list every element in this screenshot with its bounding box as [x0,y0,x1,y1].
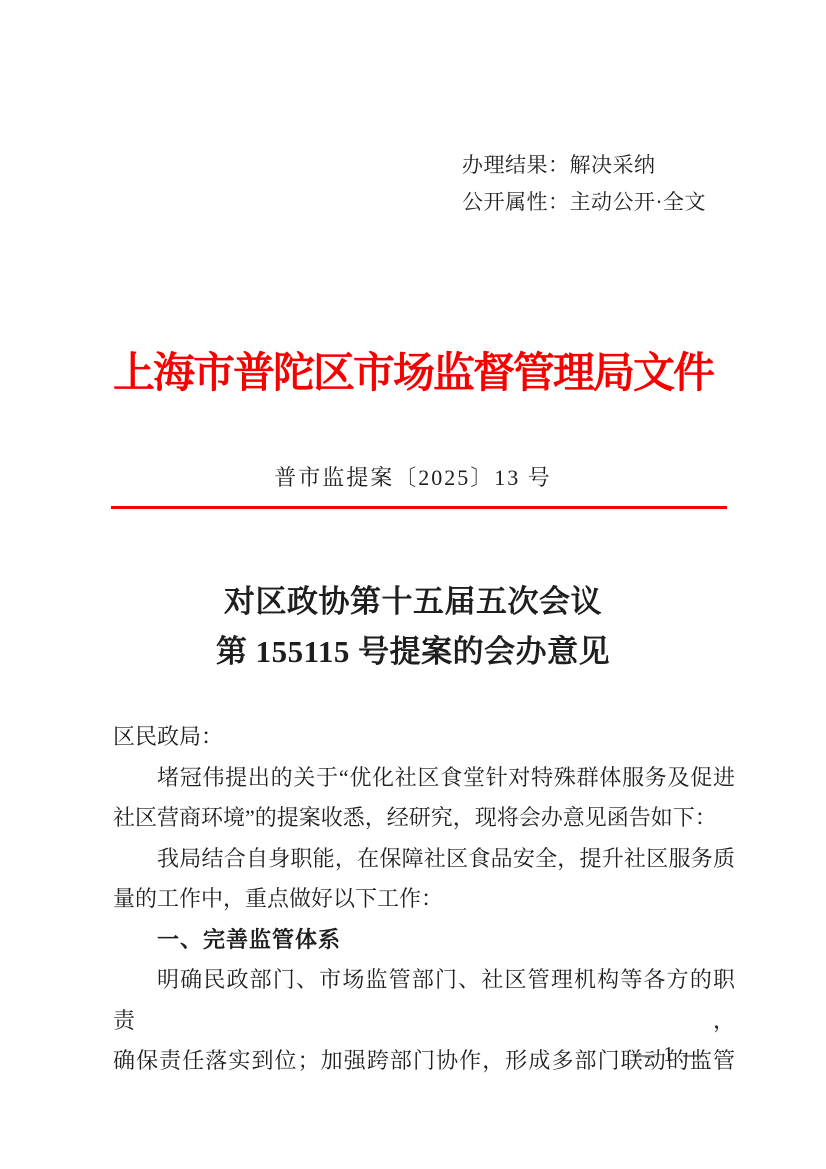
body-line: 社区营商环境”的提案收悉，经研究，现将会办意见函告如下： [113,798,735,839]
agency-banner-title: 上海市普陀区市场监督管理局文件 [0,349,826,399]
salutation-line: 区民政局： [113,717,735,758]
document-title-line-1: 对区政协第十五届五次会议 [0,577,826,627]
document-body: 区民政局： 堵冠伟提出的关于“优化社区食堂针对特殊群体服务及促进 社区营商环境”… [113,717,735,1082]
meta-open-attribute: 公开属性：主动公开·全文 [462,184,706,221]
body-line: 明确民政部门、市场监管部门、社区管理机构等各方的职责， [113,960,735,1041]
meta-handle-result: 办理结果：解决采纳 [462,147,706,184]
body-line: 堵冠伟提出的关于“优化社区食堂针对特殊群体服务及促进 [113,758,735,799]
body-line: 我局结合自身职能，在保障社区食品安全，提升社区服务质 [113,839,735,880]
document-page: 办理结果：解决采纳 公开属性：主动公开·全文 上海市普陀区市场监督管理局文件 普… [0,0,826,1169]
document-title-line-2: 第 155115 号提案的会办意见 [0,627,826,677]
body-line: 量的工作中，重点做好以下工作： [113,879,735,920]
doc-reference-number: 普市监提案〔2025〕13 号 [0,463,826,493]
document-title: 对区政协第十五届五次会议 第 155115 号提案的会办意见 [0,577,826,677]
page-number: — 1 — [633,1041,706,1067]
red-divider-rule [111,506,727,509]
section-heading: 一、完善监管体系 [113,920,735,961]
meta-block: 办理结果：解决采纳 公开属性：主动公开·全文 [462,147,706,221]
